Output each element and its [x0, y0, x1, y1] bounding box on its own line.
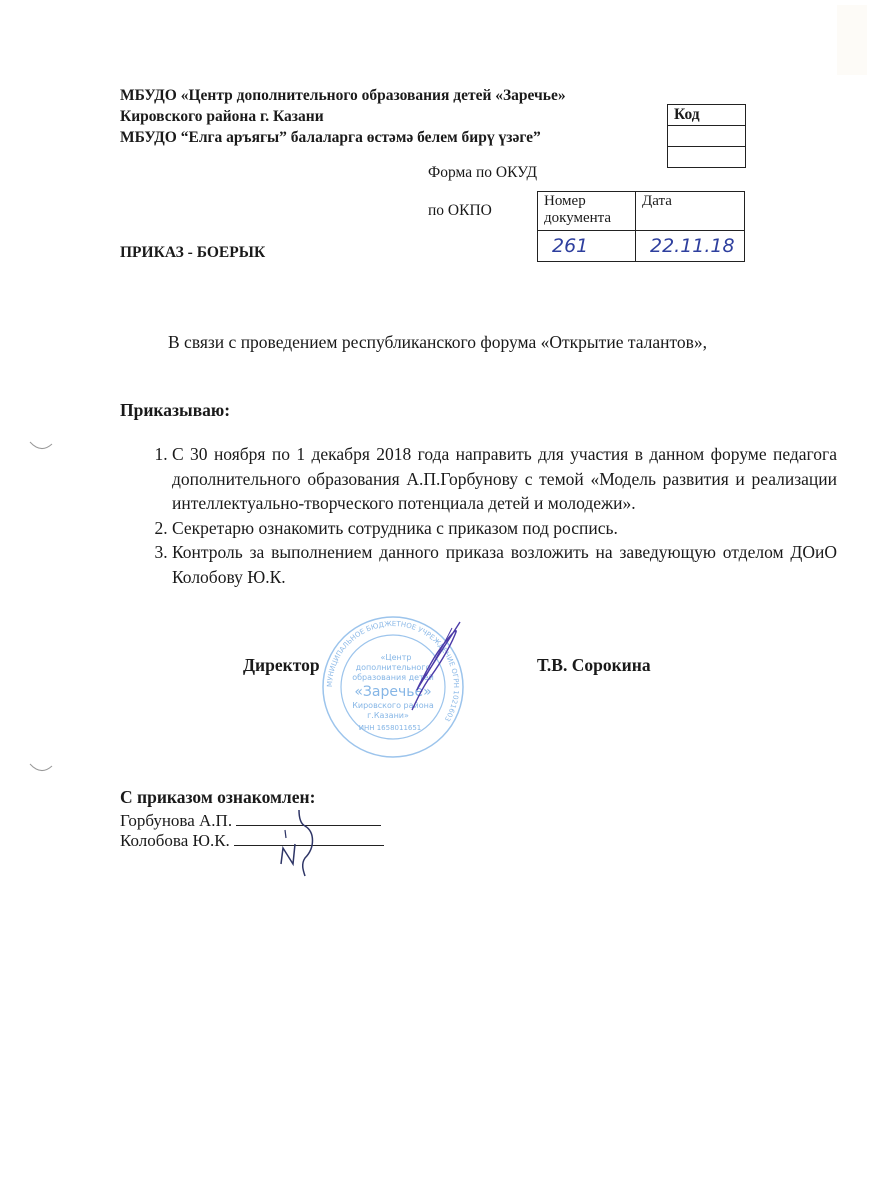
- stamp-line: ИНН 1658011651: [359, 724, 422, 732]
- hole-punch-mark: [28, 440, 54, 454]
- org-name-line-2: Кировского района г. Казани: [120, 106, 324, 127]
- code-okud-cell: [668, 126, 746, 147]
- hole-punch-mark: [28, 762, 54, 776]
- acknowledgement-row: Горбунова А.П.: [120, 811, 381, 831]
- signer-position: Директор: [243, 655, 320, 676]
- code-okpo-cell: [668, 147, 746, 168]
- document-number-table: Номер документа Дата 261 22.11.18: [537, 191, 745, 262]
- signer-name: Т.В. Сорокина: [537, 655, 651, 676]
- order-item: С 30 ноября по 1 декабря 2018 года напра…: [172, 442, 837, 516]
- employee-signature: [275, 808, 325, 878]
- okpo-label: по ОКПО: [428, 202, 492, 220]
- scan-edge: [837, 5, 867, 75]
- doc-number-value: 261: [538, 231, 636, 262]
- okud-label: Форма по ОКУД: [428, 164, 537, 182]
- director-signature: [400, 618, 470, 718]
- acknowledgement-title: С приказом ознакомлен:: [120, 787, 315, 808]
- order-heading: Приказываю:: [120, 400, 230, 421]
- code-header: Код: [668, 105, 746, 126]
- acknowledgement-row: Колобова Ю.К.: [120, 831, 384, 851]
- order-item: Секретарю ознакомить сотрудника с приказ…: [172, 516, 837, 541]
- doc-date-value: 22.11.18: [636, 231, 745, 262]
- intro-paragraph: В связи с проведением республиканского ф…: [120, 330, 785, 355]
- code-table: Код: [667, 104, 746, 168]
- doc-date-header: Дата: [636, 192, 745, 231]
- ack-person-name: Горбунова А.П.: [120, 811, 232, 830]
- document-title: ПРИКАЗ - БОЕРЫК: [120, 244, 265, 262]
- ack-person-name: Колобова Ю.К.: [120, 831, 230, 850]
- order-items-list: С 30 ноября по 1 декабря 2018 года напра…: [120, 442, 837, 589]
- order-item: Контроль за выполнением данного приказа …: [172, 540, 837, 589]
- doc-number-header: Номер документа: [538, 192, 636, 231]
- org-name-line-3: МБУДО “Елга аръягы” балаларга өстәмә бел…: [120, 127, 541, 148]
- org-name-line-1: МБУДО «Центр дополнительного образования…: [120, 85, 566, 106]
